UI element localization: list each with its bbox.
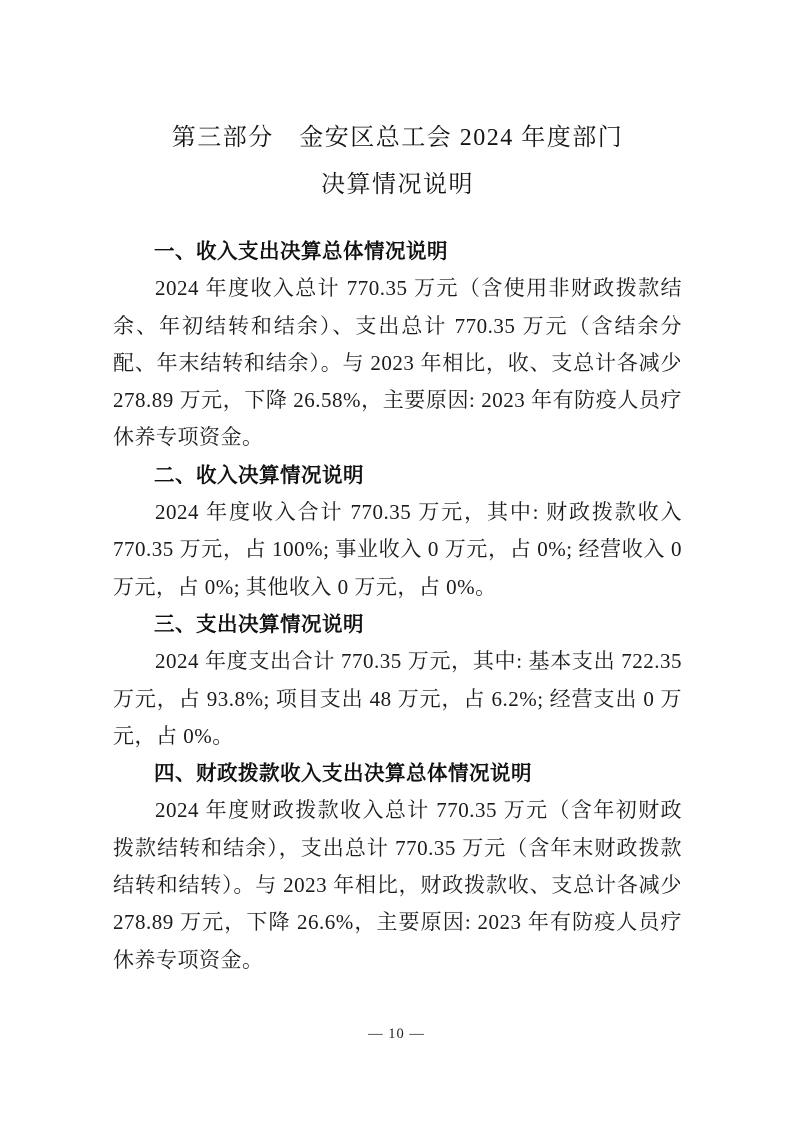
section-income-details: 二、收入决算情况说明 2024 年度收入合计 770.35 万元，其中: 财政拨… xyxy=(113,457,682,606)
title-line-2: 决算情况说明 xyxy=(113,162,682,209)
section-paragraph-3: 2024 年度支出合计 770.35 万元，其中: 基本支出 722.35 万元… xyxy=(113,643,682,755)
document-content: 第三部分 金安区总工会 2024 年度部门 决算情况说明 一、收入支出决算总体情… xyxy=(0,0,793,979)
title-line-1: 第三部分 金安区总工会 2024 年度部门 xyxy=(113,115,682,162)
section-expenditure-details: 三、支出决算情况说明 2024 年度支出合计 770.35 万元，其中: 基本支… xyxy=(113,606,682,755)
section-heading-3: 三、支出决算情况说明 xyxy=(113,606,682,643)
section-heading-4: 四、财政拨款收入支出决算总体情况说明 xyxy=(113,755,682,792)
page-number: — 10 — xyxy=(0,1026,793,1043)
section-heading-2: 二、收入决算情况说明 xyxy=(113,457,682,494)
document-title: 第三部分 金安区总工会 2024 年度部门 决算情况说明 xyxy=(113,115,682,209)
section-fiscal-appropriation-overview: 四、财政拨款收入支出决算总体情况说明 2024 年度财政拨款收入总计 770.3… xyxy=(113,755,682,979)
document-page: 第三部分 金安区总工会 2024 年度部门 决算情况说明 一、收入支出决算总体情… xyxy=(0,0,793,1122)
section-paragraph-1: 2024 年度收入总计 770.35 万元（含使用非财政拨款结余、年初结转和结余… xyxy=(113,270,682,456)
section-heading-1: 一、收入支出决算总体情况说明 xyxy=(113,233,682,270)
section-income-expenditure-overview: 一、收入支出决算总体情况说明 2024 年度收入总计 770.35 万元（含使用… xyxy=(113,233,682,457)
section-paragraph-4: 2024 年度财政拨款收入总计 770.35 万元（含年初财政拨款结转和结余），… xyxy=(113,792,682,978)
section-paragraph-2: 2024 年度收入合计 770.35 万元，其中: 财政拨款收入 770.35 … xyxy=(113,494,682,606)
document-body: 一、收入支出决算总体情况说明 2024 年度收入总计 770.35 万元（含使用… xyxy=(113,233,682,979)
